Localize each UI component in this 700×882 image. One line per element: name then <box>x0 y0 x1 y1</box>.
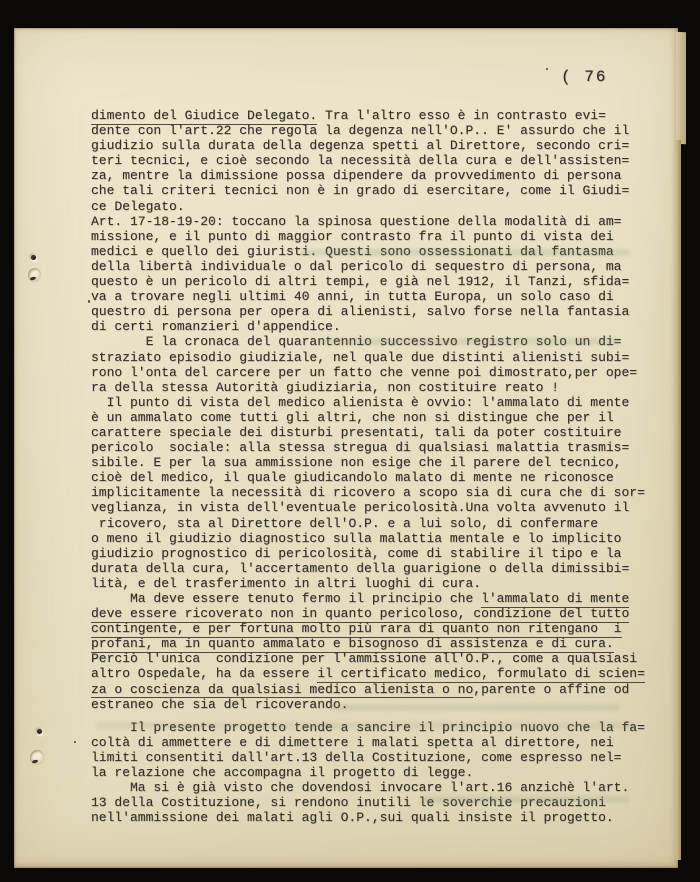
text-line: dente con l'art.22 che regola la degenza… <box>91 123 666 138</box>
binding-hole <box>31 255 36 260</box>
binding-hole <box>28 268 41 282</box>
text-line: profani, ma in quanto ammalato e bisogno… <box>91 636 666 651</box>
binding-hole-fleck <box>30 276 37 280</box>
text-line: missione, e il punto di maggior contrast… <box>91 229 666 244</box>
text-line: questo è un pericolo di altri tempi, e g… <box>91 274 666 289</box>
text-line: dimento del Giudice Delegato. Tra l'altr… <box>91 108 666 123</box>
underlying-page-edge <box>676 32 686 145</box>
bleed-through-mark <box>300 249 630 256</box>
text-line: teri tecnici, e cioè secondo la necessit… <box>91 153 666 168</box>
text-line: pericolo sociale: alla stessa stregua di… <box>91 440 666 455</box>
text-line: giudizio prognostico di pericolosità, co… <box>91 546 666 561</box>
text-line: limiti consentiti dall'art.13 della Cost… <box>91 750 666 765</box>
bleed-through-mark <box>330 704 620 711</box>
binding-hole <box>37 729 42 734</box>
text-line: rono l'onta del carcere per un fatto che… <box>91 365 666 380</box>
text-line: carattere speciale dei disturbi presenta… <box>91 425 666 440</box>
blank-line <box>91 712 666 720</box>
text-line: la relazione che accompagna il progetto … <box>91 765 666 780</box>
text-line: ce Delegato. <box>91 199 666 214</box>
dust-speck <box>88 300 90 303</box>
text-line: di certi romanzieri d'appendice. <box>91 319 666 334</box>
text-line: della libertà individuale o dal pericolo… <box>91 259 666 274</box>
binding-hole <box>30 750 44 765</box>
text-line: Ma si è già visto che dovendosi invocare… <box>91 780 666 795</box>
text-line: Art. 17-18-19-20: toccano la spinosa que… <box>91 214 666 229</box>
bleed-through-mark <box>420 796 630 803</box>
text-line: altro Ospedale, ha da essere il certific… <box>91 666 666 681</box>
binding-hole-fleck <box>32 759 39 763</box>
text-line: contingente, e per fortuna molto più rar… <box>91 621 666 636</box>
text-line: che tali criteri tecnici non è in grado … <box>91 183 666 198</box>
text-line: straziato episodio giudiziale, nel quale… <box>91 350 666 365</box>
underlying-page-edge-lower <box>676 140 681 860</box>
text-line: ricovero, sta al Direttore dell'O.P. e a… <box>91 516 666 531</box>
text-line: o meno il giudizio diagnostico sulla mal… <box>91 531 666 546</box>
text-line: deve essere ricoverato non in quanto per… <box>91 606 666 621</box>
dust-speck <box>353 131 355 133</box>
text-line: giudizio sulla durata della degenza spet… <box>91 138 666 153</box>
text-line: Il punto di vista del medico alienista è… <box>91 395 666 410</box>
dust-speck <box>546 68 548 70</box>
text-line: sibile. E per la sua ammissione non esig… <box>91 455 666 470</box>
text-line: è un ammalato come tutti gli altri, che … <box>91 410 666 425</box>
text-line: nell'ammissione dei malati agli O.P.,sui… <box>91 810 666 825</box>
text-line: va a trovare negli ultimi 40 anni, in tu… <box>91 289 666 304</box>
scanned-document: { "page": { "number_label": "( 76", "col… <box>0 0 700 882</box>
text-line: coltà di ammettere e di dimettere i mala… <box>91 735 666 750</box>
dust-speck <box>74 741 76 743</box>
text-line: veglianza, in vista dell'eventuale peric… <box>91 500 666 515</box>
text-line: ra della stessa Autorità giudiziaria, no… <box>91 380 666 395</box>
text-line: Perciò l'unica condizione per l'ammissio… <box>91 651 666 666</box>
text-line: implicitamente la necessità di ricovero … <box>91 485 666 500</box>
typewritten-text: dimento del Giudice Delegato. Tra l'altr… <box>91 108 666 825</box>
bleed-through-mark <box>95 722 635 729</box>
page-number: ( 76 <box>561 68 607 86</box>
text-line: Ma deve essere tenuto fermo il principio… <box>91 591 666 606</box>
text-line: cioè del medico, il quale giudicandolo m… <box>91 470 666 485</box>
text-line: za o coscienza da qualsiasi medico alien… <box>91 682 666 697</box>
text-line: questro di persona per opera di alienist… <box>91 304 666 319</box>
bleed-through-mark <box>320 338 620 345</box>
text-line: za, mentre la dimissione possa dipendere… <box>91 168 666 183</box>
text-line: lità, e del trasferimento in altri luogh… <box>91 576 666 591</box>
text-line: durata della cura, l'accertamento della … <box>91 561 666 576</box>
